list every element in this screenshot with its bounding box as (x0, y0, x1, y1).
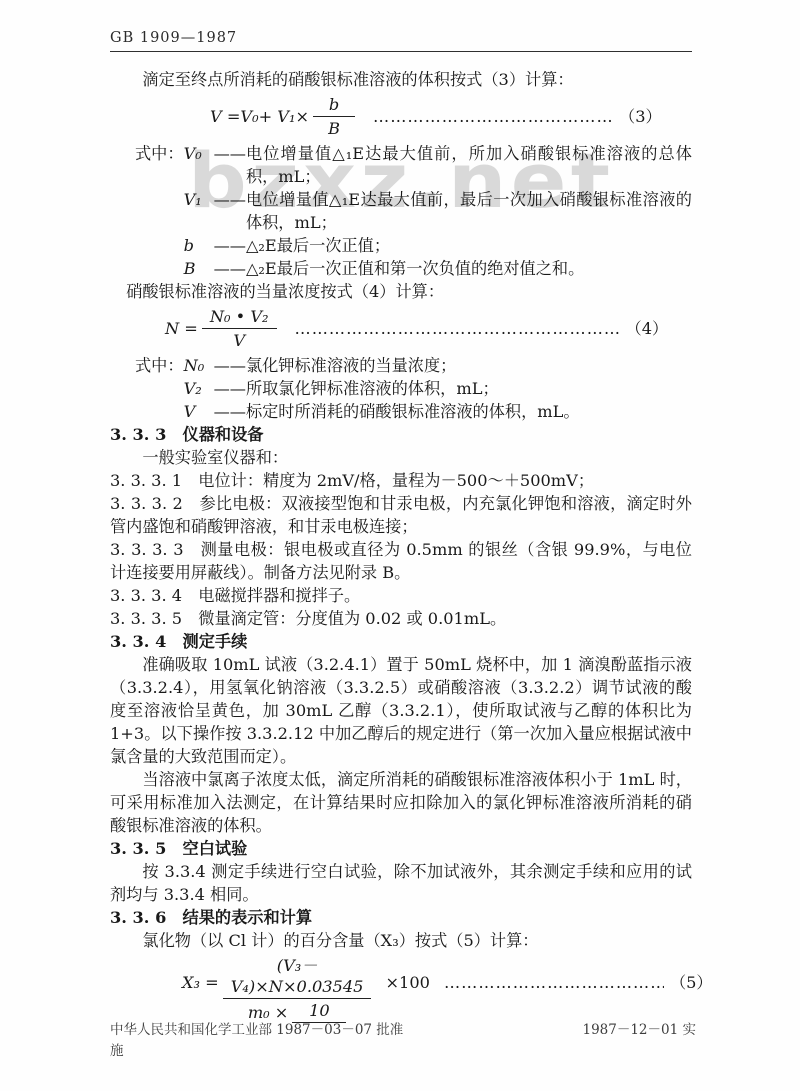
symbol-v2: V₂ (184, 377, 214, 400)
symbol-n0: N₀ (184, 354, 214, 377)
header-rule (110, 51, 692, 52)
heading-3-3-3: 3. 3. 3 仪器和设备 (110, 423, 692, 446)
symbol-dash: —— (214, 354, 246, 377)
where-item-v1: V₁ —— 电位增量值△₁E达最大值前，最后一次加入硝酸银标准溶液的体积，mL； (184, 188, 692, 234)
symbol-dash: —— (214, 142, 246, 188)
formula-5-dot-leader: ……………………………………………… (444, 955, 664, 994)
standard-number: GB 1909—1987 (110, 30, 692, 46)
where-prefix: 式中： (135, 142, 184, 280)
para-blank-test: 按 3.3.4 测定手续进行空白试验，除不加试液外，其余测定手续和应用的试剂均与… (110, 860, 692, 906)
where-prefix: 式中： (135, 354, 184, 423)
formula-5-number: （5） (670, 955, 713, 994)
symbol-v: V (184, 400, 214, 423)
formula-4-number: （4） (626, 317, 669, 340)
body-text: 滴定至终点所消耗的硝酸银标准溶液的体积按式（3）计算： V =V₀+ V₁× b… (110, 68, 692, 1023)
formula-4-lhs: N = (165, 317, 198, 340)
footer-wrap-char: 施 (110, 1041, 696, 1062)
page-content: GB 1909—1987 滴定至终点所消耗的硝酸银标准溶液的体积按式（3）计算：… (0, 0, 800, 1023)
where-items: V₀ —— 电位增量值△₁E达最大值前，所加入硝酸银标准溶液的总体积，mL； V… (184, 142, 692, 280)
where-item-B: B —— △₂E最后一次正值和第一次负值的绝对值之和。 (184, 257, 692, 280)
page-footer: 中华人民共和国化学工业部 1987－03－07 批准 1987－12－01 实 … (110, 1020, 696, 1062)
formula-4-numerator: N₀ • V₂ (202, 306, 277, 329)
where-item-v: V —— 标定时所消耗的硝酸银标准溶液的体积，mL。 (184, 400, 692, 423)
formula-3-lhs: V =V₀+ V₁× (210, 105, 309, 128)
clause-3-3-3-2: 3. 3. 3. 2 参比电极：双液接型饱和甘汞电极，内充氯化钾饱和溶液，滴定时… (110, 492, 692, 538)
symbol-desc: 电位增量值△₁E达最大值前，最后一次加入硝酸银标准溶液的体积，mL； (246, 188, 692, 234)
formula-3-dot-leader: ……………………………………………………………………………… (373, 105, 613, 128)
formula-4-denominator: V (225, 329, 253, 351)
symbol-desc: △₂E最后一次正值； (246, 234, 692, 257)
where-list-formula3: 式中： V₀ —— 电位增量值△₁E达最大值前，所加入硝酸银标准溶液的总体积，m… (135, 142, 692, 280)
formula-3-denominator: B (313, 117, 355, 139)
clause-3-3-3-4: 3. 3. 3. 4 电磁搅拌器和搅拌子。 (110, 584, 692, 607)
footer-approval: 中华人民共和国化学工业部 1987－03－07 批准 (110, 1020, 403, 1041)
symbol-desc: 电位增量值△₁E达最大值前，所加入硝酸银标准溶液的总体积，mL； (246, 142, 692, 188)
where-item-b: b —— △₂E最后一次正值； (184, 234, 692, 257)
para-intro-formula3: 滴定至终点所消耗的硝酸银标准溶液的体积按式（3）计算： (110, 68, 692, 91)
symbol-dash: —— (214, 257, 246, 280)
formula-3-number: （3） (619, 105, 662, 128)
formula-5-lhs: X₃ = (182, 955, 219, 994)
para-procedure-2: 当溶液中氯离子浓度太低，滴定所消耗的硝酸银标准溶液体积小于 1mL 时，可采用标… (110, 768, 692, 837)
para-intro-formula5: 氯化物（以 Cl 计）的百分含量（X₃）按式（5）计算： (110, 929, 692, 952)
where-item-v2: V₂ —— 所取氯化钾标准溶液的体积，mL； (184, 377, 692, 400)
symbol-desc: 所取氯化钾标准溶液的体积，mL； (246, 377, 692, 400)
heading-3-3-5: 3. 3. 5 空白试验 (110, 837, 692, 860)
formula-4-fraction: N₀ • V₂ V (202, 306, 277, 351)
symbol-desc: 标定时所消耗的硝酸银标准溶液的体积，mL。 (246, 400, 692, 423)
symbol-dash: —— (214, 377, 246, 400)
footer-implementation-date: 1987－12－01 实 (582, 1020, 696, 1041)
clause-3-3-3-5: 3. 3. 3. 5 微量滴定管：分度值为 0.02 或 0.01mL。 (110, 607, 692, 630)
formula-4-dot-leader: ……………………………………………………………………………… (295, 317, 620, 340)
para-intro-formula4: 硝酸银标准溶液的当量浓度按式（4）计算： (110, 280, 692, 303)
formula-4: N = N₀ • V₂ V ……………………………………………………………………… (165, 306, 692, 351)
symbol-dash: —— (214, 400, 246, 423)
para-general-apparatus: 一般实验室仪器和： (110, 446, 692, 469)
symbol-desc: 氯化钾标准溶液的当量浓度； (246, 354, 692, 377)
para-procedure-1: 准确吸取 10mL 试液（3.2.4.1）置于 50mL 烧杯中，加 1 滴溴酚… (110, 653, 692, 768)
heading-3-3-6: 3. 3. 6 结果的表示和计算 (110, 906, 692, 929)
symbol-dash: —— (214, 234, 246, 257)
formula-3: V =V₀+ V₁× b B …………………………………………………………………… (210, 94, 692, 139)
symbol-dash: —— (214, 188, 246, 234)
formula-5: X₃ = (V₃－V₄)×N×0.03545 m₀ × 10 ×100 …………… (182, 955, 692, 1023)
symbol-v0: V₀ (184, 142, 214, 188)
where-item-n0: N₀ —— 氯化钾标准溶液的当量浓度； (184, 354, 692, 377)
where-items: N₀ —— 氯化钾标准溶液的当量浓度； V₂ —— 所取氯化钾标准溶液的体积，m… (184, 354, 692, 423)
clause-3-3-3-1: 3. 3. 3. 1 电位计：精度为 2mV/格，量程为－500～＋500mV； (110, 469, 692, 492)
symbol-desc: △₂E最后一次正值和第一次负值的绝对值之和。 (246, 257, 692, 280)
footer-row: 中华人民共和国化学工业部 1987－03－07 批准 1987－12－01 实 (110, 1020, 696, 1041)
clause-3-3-3-3: 3. 3. 3. 3 测量电极：银电极或直径为 0.5mm 的银丝（含银 99.… (110, 538, 692, 584)
formula-5-times-100: ×100 (385, 955, 429, 994)
symbol-b: b (184, 234, 214, 257)
formula-3-fraction: b B (313, 94, 355, 139)
formula-5-fraction: (V₃－V₄)×N×0.03545 m₀ × 10 (223, 955, 372, 1023)
heading-3-3-4: 3. 3. 4 测定手续 (110, 630, 692, 653)
where-item-v0: V₀ —— 电位增量值△₁E达最大值前，所加入硝酸银标准溶液的总体积，mL； (184, 142, 692, 188)
symbol-B: B (184, 257, 214, 280)
where-list-formula4: 式中： N₀ —— 氯化钾标准溶液的当量浓度； V₂ —— 所取氯化钾标准溶液的… (135, 354, 692, 423)
symbol-v1: V₁ (184, 188, 214, 234)
document-page: bzxz.net GB 1909—1987 滴定至终点所消耗的硝酸银标准溶液的体… (0, 0, 800, 1091)
formula-3-numerator: b (313, 94, 355, 117)
formula-5-numerator: (V₃－V₄)×N×0.03545 (223, 955, 372, 999)
